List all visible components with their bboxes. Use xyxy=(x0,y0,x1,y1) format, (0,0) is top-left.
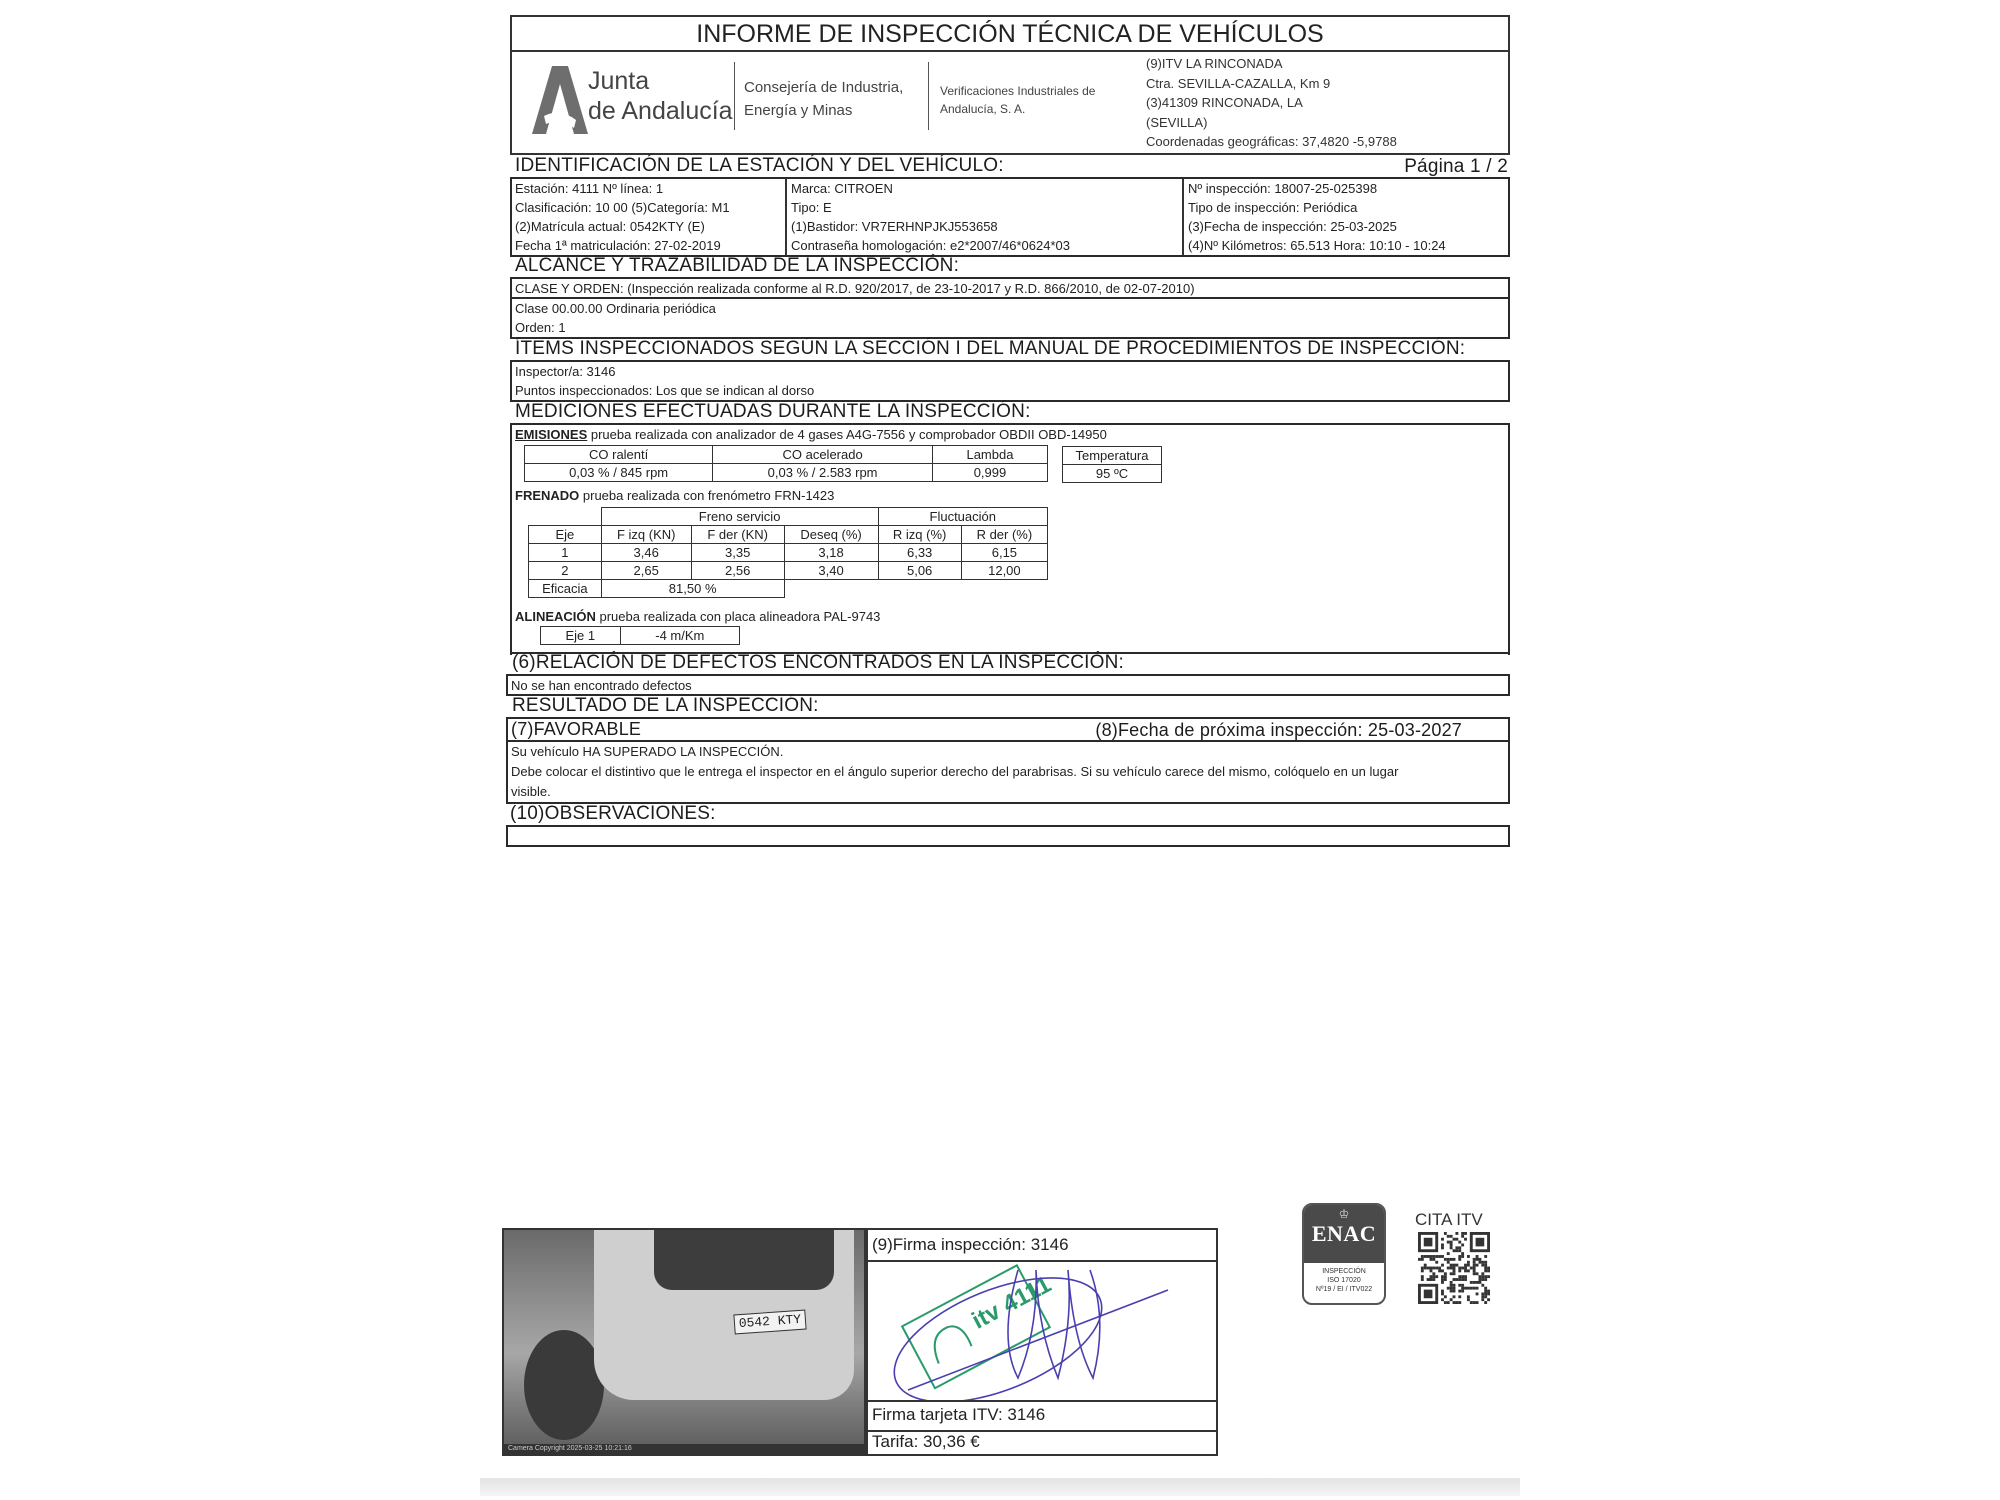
eficacia-row: Eficacia 81,50 % xyxy=(529,580,1048,598)
table-cell: 3,40 xyxy=(784,562,878,580)
station-coordinates: Coordenadas geográficas: 37,4820 -5,9788 xyxy=(1146,132,1397,152)
divider xyxy=(734,62,735,130)
table-header: Eje xyxy=(529,526,602,544)
info-line: Marca: CITROEN xyxy=(791,179,1070,198)
divider xyxy=(785,179,787,255)
cita-itv-label: CITA ITV xyxy=(1415,1210,1483,1230)
emisiones-desc: prueba realizada con analizador de 4 gas… xyxy=(587,427,1107,442)
info-line: Tipo: E xyxy=(791,198,1070,217)
table-header: Temperatura xyxy=(1063,447,1162,465)
frenado-desc: prueba realizada con frenómetro FRN-1423 xyxy=(579,488,834,503)
enac-details: INSPECCIÓN ISO 17020 Nº19 / EI / ITV022 xyxy=(1304,1267,1384,1294)
logo-line-2: de Andalucía xyxy=(588,96,733,126)
station-line: (SEVILLA) xyxy=(1146,113,1397,133)
emisiones-line: EMISIONES prueba realizada con analizado… xyxy=(515,425,1107,444)
table-cell: 5,06 xyxy=(878,562,961,580)
table-cell: 3,46 xyxy=(601,544,691,562)
header-logos-box: Junta de Andalucía Consejería de Industr… xyxy=(510,50,1510,155)
info-line: Estación: 4111 Nº línea: 1 xyxy=(515,179,730,198)
mediciones-box: EMISIONES prueba realizada con analizado… xyxy=(510,423,1510,655)
defectos-box: No se han encontrado defectos xyxy=(506,674,1510,696)
table-row: 2 2,65 2,56 3,40 5,06 12,00 xyxy=(529,562,1048,580)
table-cell: 2,65 xyxy=(601,562,691,580)
table-cell: Eje 1 xyxy=(541,627,621,645)
table-cell: 12,00 xyxy=(961,562,1047,580)
info-line: Tipo de inspección: Periódica xyxy=(1188,198,1446,217)
scan-edge xyxy=(480,1478,1520,1496)
table-header: Deseq (%) xyxy=(784,526,878,544)
table-cell: 6,33 xyxy=(878,544,961,562)
eficacia-value: 81,50 % xyxy=(601,580,784,598)
info-line: Nº inspección: 18007-25-025398 xyxy=(1188,179,1446,198)
info-line: (3)Fecha de inspección: 25-03-2025 xyxy=(1188,217,1446,236)
section-title-observaciones: (10)OBSERVACIONES: xyxy=(510,803,716,825)
table-header: CO ralentí xyxy=(525,446,713,464)
enac-line: INSPECCIÓN xyxy=(1304,1267,1384,1276)
van-window-shape xyxy=(654,1230,834,1290)
vehicle-photo: 0542 KTY Camera Copyright 2025-03-25 10:… xyxy=(502,1228,866,1456)
enac-line: Nº19 / EI / ITV022 xyxy=(1304,1285,1384,1294)
logo-line-1: Junta xyxy=(588,66,733,96)
divider xyxy=(1182,179,1184,255)
enac-line: ISO 17020 xyxy=(1304,1276,1384,1285)
verificaciones-name: Verificaciones Industriales de Andalucía… xyxy=(940,82,1095,118)
empty-cell xyxy=(784,580,1047,598)
result-line-1: Su vehículo HA SUPERADO LA INSPECCIÓN. xyxy=(511,742,783,761)
inspection-info: Nº inspección: 18007-25-025398 Tipo de i… xyxy=(1188,179,1446,255)
table-cell: -4 m/Km xyxy=(620,627,739,645)
firma-tarjeta: Firma tarjeta ITV: 3146 xyxy=(868,1400,1216,1432)
group-header: Fluctuación xyxy=(878,508,1047,526)
table-cell: 0,03 % / 2.583 rpm xyxy=(713,464,933,482)
emisiones-table: CO ralentí CO acelerado Lambda 0,03 % / … xyxy=(524,445,1048,482)
table-row: 1 3,46 3,35 3,18 6,33 6,15 xyxy=(529,544,1048,562)
table-cell: 2 xyxy=(529,562,602,580)
table-cell: 1 xyxy=(529,544,602,562)
station-vehicle-info: Estación: 4111 Nº línea: 1 Clasificación… xyxy=(515,179,730,255)
vehicle-info: Marca: CITROEN Tipo: E (1)Bastidor: VR7E… xyxy=(791,179,1070,255)
station-line: (3)41309 RINCONADA, LA xyxy=(1146,93,1397,113)
section-title-identificacion: IDENTIFICACIÓN DE LA ESTACIÓN Y DEL VEHÍ… xyxy=(515,155,1004,177)
alineacion-table: Eje 1 -4 m/Km xyxy=(540,626,740,645)
report-title: INFORME DE INSPECCIÓN TÉCNICA DE VEHÍCUL… xyxy=(512,20,1508,49)
table-header: Lambda xyxy=(932,446,1047,464)
clase-text: Clase 00.00.00 Ordinaria periódica xyxy=(515,299,716,318)
alineacion-line: ALINEACIÓN prueba realizada con placa al… xyxy=(515,607,880,626)
empty-cell xyxy=(529,508,602,526)
station-address: (9)ITV LA RINCONADA Ctra. SEVILLA-CAZALL… xyxy=(1146,54,1397,152)
clase-orden-text: CLASE Y ORDEN: (Inspección realizada con… xyxy=(515,279,1195,298)
verif-line-2: Andalucía, S. A. xyxy=(940,100,1095,118)
section-title-items: ÍTEMS INSPECCIONADOS SEGÚN LA SECCIÓN I … xyxy=(515,338,1465,360)
divider xyxy=(928,62,929,130)
frenado-label: FRENADO xyxy=(515,488,579,503)
info-line: Contraseña homologación: e2*2007/46*0624… xyxy=(791,236,1070,255)
table-cell: 6,15 xyxy=(961,544,1047,562)
table-header: R der (%) xyxy=(961,526,1047,544)
observaciones-box xyxy=(506,825,1510,847)
resultado-status-box: (7)FAVORABLE (8)Fecha de próxima inspecc… xyxy=(506,717,1510,742)
frenado-line: FRENADO prueba realizada con frenómetro … xyxy=(515,486,834,505)
stamp-signature-icon: itv 4111 xyxy=(868,1260,1216,1400)
section-title-defectos: (6)RELACIÓN DE DEFECTOS ENCONTRADOS EN L… xyxy=(512,652,1124,674)
enac-name: ENAC xyxy=(1304,1221,1384,1247)
tarifa: Tarifa: 30,36 € xyxy=(868,1430,1216,1456)
result-status: (7)FAVORABLE xyxy=(511,719,641,740)
junta-andalucia-wordmark: Junta de Andalucía xyxy=(588,66,733,126)
puntos-text: Puntos inspeccionados: Los que se indica… xyxy=(515,381,814,400)
result-line-2: Debe colocar el distintivo que le entreg… xyxy=(511,762,1398,781)
verif-line-1: Verificaciones Industriales de xyxy=(940,82,1095,100)
orden-text: Orden: 1 xyxy=(515,318,566,337)
photo-caption: Camera Copyright 2025-03-25 10:21:16 xyxy=(504,1444,864,1454)
inspector-text: Inspector/a: 3146 xyxy=(515,362,615,381)
section-title-mediciones: MEDICIONES EFECTUADAS DURANTE LA INSPECC… xyxy=(515,401,1031,423)
table-header: CO acelerado xyxy=(713,446,933,464)
table-cell: 95 ºC xyxy=(1063,465,1162,483)
section-title-resultado: RESULTADO DE LA INSPECCIÓN: xyxy=(512,695,819,717)
items-box: Inspector/a: 3146 Puntos inspeccionados:… xyxy=(510,360,1510,402)
alineacion-label: ALINEACIÓN xyxy=(515,609,596,624)
alineacion-desc: prueba realizada con placa alineadora PA… xyxy=(596,609,881,624)
wheel-shape xyxy=(524,1330,604,1440)
info-line: (2)Matrícula actual: 0542KTY (E) xyxy=(515,217,730,236)
defectos-text: No se han encontrado defectos xyxy=(511,676,692,695)
temperatura-table: Temperatura 95 ºC xyxy=(1062,446,1162,483)
table-cell: 2,56 xyxy=(691,562,784,580)
consejeria-line-2: Energía y Minas xyxy=(744,99,903,122)
signature-area: itv 4111 xyxy=(868,1260,1216,1402)
info-line: (4)Nº Kilómetros: 65.513 Hora: 10:10 - 1… xyxy=(1188,236,1446,255)
inspection-report-page: INFORME DE INSPECCIÓN TÉCNICA DE VEHÍCUL… xyxy=(480,0,1520,1500)
table-cell: 3,35 xyxy=(691,544,784,562)
emisiones-label: EMISIONES xyxy=(515,427,587,442)
info-line: Fecha 1ª matriculación: 27-02-2019 xyxy=(515,236,730,255)
frenado-table: Freno servicio Fluctuación Eje F izq (KN… xyxy=(528,507,1048,598)
signature-box: (9)Firma inspección: 3146 itv 4111 Firma… xyxy=(866,1228,1218,1456)
table-cell: 3,18 xyxy=(784,544,878,562)
enac-header: ♔ ENAC xyxy=(1304,1205,1384,1263)
info-line: Clasificación: 10 00 (5)Categoría: M1 xyxy=(515,198,730,217)
next-inspection-date: (8)Fecha de próxima inspección: 25-03-20… xyxy=(1095,720,1462,741)
enac-accreditation-logo: ♔ ENAC INSPECCIÓN ISO 17020 Nº19 / EI / … xyxy=(1302,1203,1386,1305)
section-title-alcance: ALCANCE Y TRAZABILIDAD DE LA INSPECCIÓN: xyxy=(515,255,959,277)
group-header: Freno servicio xyxy=(601,508,878,526)
table-header: F izq (KN) xyxy=(601,526,691,544)
identificacion-box: Estación: 4111 Nº línea: 1 Clasificación… xyxy=(510,177,1510,257)
consejeria-name: Consejería de Industria, Energía y Minas xyxy=(744,76,903,122)
eficacia-label: Eficacia xyxy=(529,580,602,598)
page-number: Página 1 / 2 xyxy=(1404,156,1508,178)
info-line: (1)Bastidor: VR7ERHNPJKJ553658 xyxy=(791,217,1070,236)
station-line: Ctra. SEVILLA-CAZALLA, Km 9 xyxy=(1146,74,1397,94)
table-header: F der (KN) xyxy=(691,526,784,544)
result-line-3: visible. xyxy=(511,782,551,801)
crown-icon: ♔ xyxy=(1304,1207,1384,1221)
table-cell: 0,03 % / 845 rpm xyxy=(525,464,713,482)
firma-inspeccion: (9)Firma inspección: 3146 xyxy=(868,1230,1216,1262)
junta-andalucia-logo-icon xyxy=(530,64,590,136)
table-cell: 0,999 xyxy=(932,464,1047,482)
clase-box: Clase 00.00.00 Ordinaria periódica Orden… xyxy=(510,297,1510,339)
qr-code-icon[interactable] xyxy=(1418,1232,1490,1304)
resultado-text-box: Su vehículo HA SUPERADO LA INSPECCIÓN. D… xyxy=(506,740,1510,804)
clase-orden-box: CLASE Y ORDEN: (Inspección realizada con… xyxy=(510,277,1510,299)
table-header: R izq (%) xyxy=(878,526,961,544)
consejeria-line-1: Consejería de Industria, xyxy=(744,76,903,99)
report-title-box: INFORME DE INSPECCIÓN TÉCNICA DE VEHÍCUL… xyxy=(510,15,1510,51)
station-line: (9)ITV LA RINCONADA xyxy=(1146,54,1397,74)
